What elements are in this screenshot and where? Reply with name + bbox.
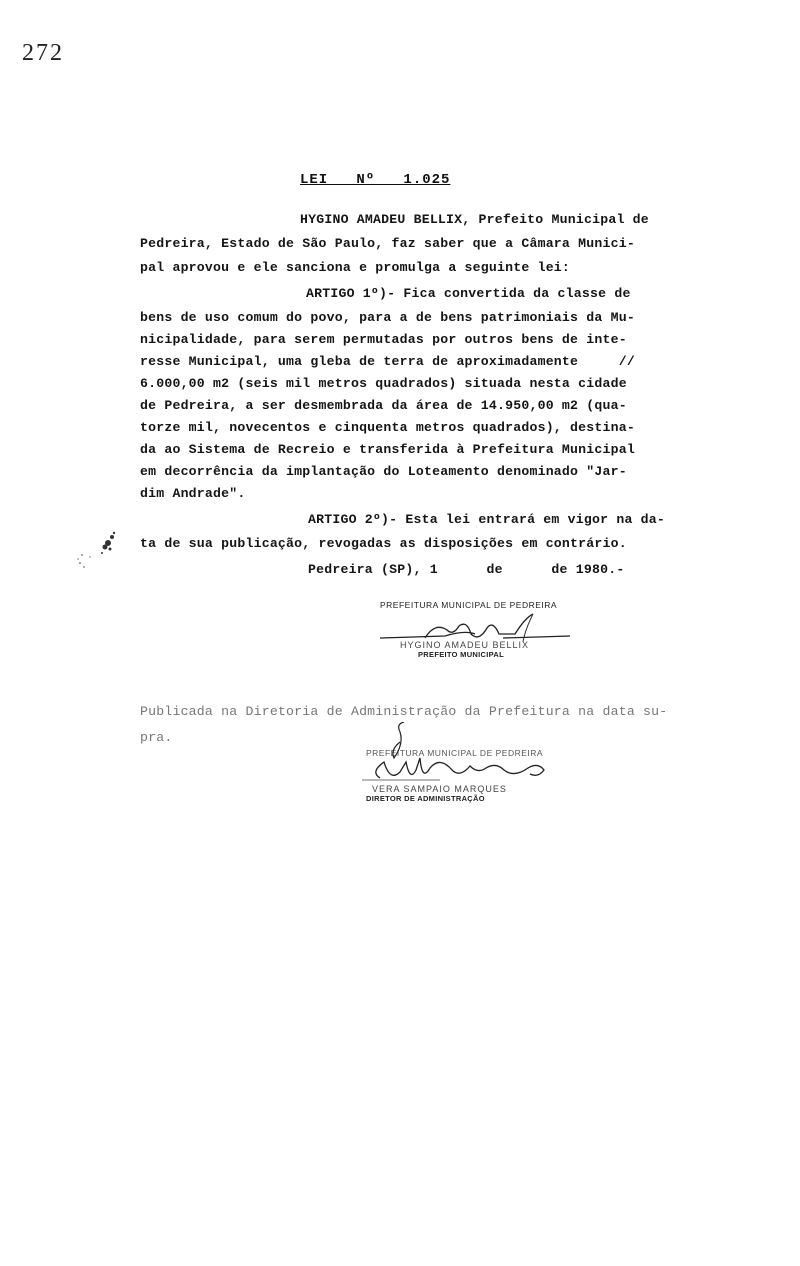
mayor-name: HYGINO AMADEU BELLIX (400, 640, 529, 650)
publication-line-2: pra. (140, 730, 172, 745)
article1-line-2: bens de uso comum do povo, para a de ben… (140, 310, 635, 325)
article2-line-1: ARTIGO 2º)- Esta lei entrará em vigor na… (308, 512, 665, 527)
preamble-line-2: Pedreira, Estado de São Paulo, faz saber… (140, 236, 635, 251)
article1-line-6: de Pedreira, a ser desmembrada da área d… (140, 398, 627, 413)
article1-line-3: nicipalidade, para serem permutadas por … (140, 332, 627, 347)
ink-smudge (70, 525, 130, 585)
mayor-name-block: HYGINO AMADEU BELLIX PREFEITO MUNICIPAL (400, 640, 529, 659)
director-signature (360, 722, 560, 792)
mayor-stamp: PREFEITURA MUNICIPAL DE PEDREIRA (380, 600, 557, 610)
director-name: VERA SAMPAIO MARQUES (372, 784, 507, 794)
preamble-line-1: HYGINO AMADEU BELLIX, Prefeito Municipal… (300, 212, 649, 227)
mayor-stamp-header: PREFEITURA MUNICIPAL DE PEDREIRA (380, 600, 557, 610)
article1-line-9: em decorrência da implantação do Loteame… (140, 464, 627, 479)
preamble-line-3: pal aprovou e ele sanciona e promulga a … (140, 260, 570, 275)
article2-line-2: ta de sua publicação, revogadas as dispo… (140, 536, 627, 551)
article1-line-5: 6.000,00 m2 (seis mil metros quadrados) … (140, 376, 627, 391)
director-role: DIRETOR DE ADMINISTRAÇÃO (366, 794, 507, 803)
article1-line-1: ARTIGO 1º)- Fica convertida da classe de (306, 286, 631, 301)
law-title: LEI Nº 1.025 (300, 172, 450, 188)
director-name-block: VERA SAMPAIO MARQUES DIRETOR DE ADMINIST… (372, 784, 507, 803)
page-number: 272 (22, 40, 64, 67)
article1-line-8: da ao Sistema de Recreio e transferida à… (140, 442, 635, 457)
mayor-role: PREFEITO MUNICIPAL (418, 650, 529, 659)
article1-line-10: dim Andrade". (140, 486, 245, 501)
date-line: Pedreira (SP), 1 de de 1980.- (308, 562, 624, 577)
article1-line-7: torze mil, novecentos e cinquenta metros… (140, 420, 635, 435)
publication-line-1: Publicada na Diretoria de Administração … (140, 704, 667, 719)
article1-line-4: resse Municipal, uma gleba de terra de a… (140, 354, 635, 369)
